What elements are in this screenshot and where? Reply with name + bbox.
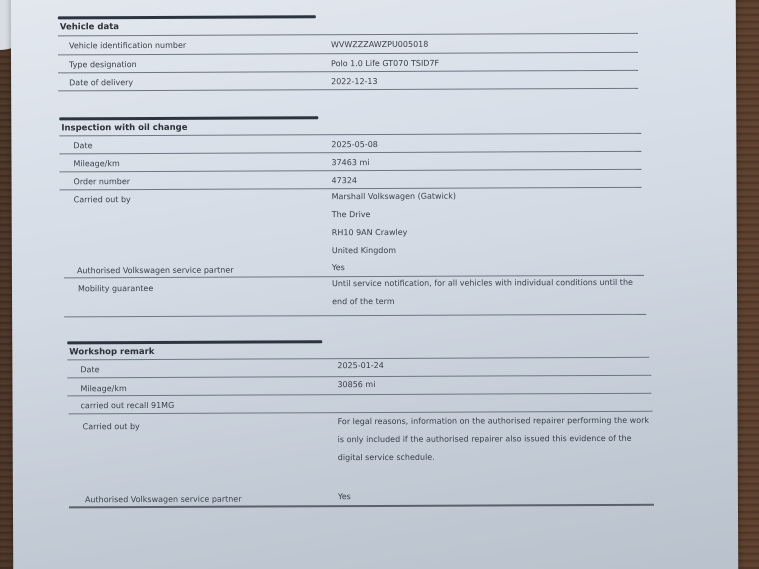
dealer-name: Marshall Volkswagen (Gatwick) xyxy=(332,192,456,202)
section-bar xyxy=(67,340,322,344)
order-number-value: 47324 xyxy=(332,176,357,185)
remark-mileage-value: 30856 mi xyxy=(337,380,375,389)
inspection-date-value: 2025-05-08 xyxy=(331,140,378,149)
remark-date-label: Date xyxy=(80,365,99,374)
vin-label: Vehicle identification number xyxy=(69,41,186,51)
divider xyxy=(60,187,642,191)
inspection-mileage-label: Mileage/km xyxy=(73,159,119,168)
section-title: Inspection with oil change xyxy=(61,123,187,134)
delivery-date-value: 2022-12-13 xyxy=(331,77,378,86)
divider xyxy=(67,357,649,361)
remark-carried-out-by-value: For legal reasons, information on the au… xyxy=(338,412,653,467)
mobility-guarantee-value: Until service notification, for all vehi… xyxy=(332,274,647,311)
divider xyxy=(58,88,638,92)
divider xyxy=(59,151,641,155)
divider xyxy=(60,169,642,173)
authorised-partner-value: Yes xyxy=(332,263,345,272)
type-designation-label: Type designation xyxy=(69,60,137,69)
remark-authorised-partner-value: Yes xyxy=(338,492,351,501)
dealer-street: The Drive xyxy=(332,210,371,219)
carried-out-by-label: Carried out by xyxy=(74,195,131,204)
recall-remark: carried out recall 91MG xyxy=(81,401,175,410)
inspection-mileage-value: 37463 mi xyxy=(331,158,369,167)
section-bar xyxy=(59,116,318,120)
remark-date-value: 2025-01-24 xyxy=(337,361,384,370)
inspection-date-label: Date xyxy=(73,141,92,150)
divider xyxy=(58,70,638,74)
vin-value: WVWZZZAWZPU005018 xyxy=(331,40,428,49)
divider xyxy=(58,33,638,37)
divider xyxy=(59,133,641,137)
section-bar xyxy=(58,15,316,19)
order-number-label: Order number xyxy=(74,177,131,186)
remark-authorised-partner-label: Authorised Volkswagen service partner xyxy=(85,495,242,505)
dealer-country: United Kingdom xyxy=(332,246,396,255)
divider xyxy=(69,504,654,509)
remark-carried-out-by-label: Carried out by xyxy=(83,422,140,431)
remark-mileage-label: Mileage/km xyxy=(80,384,126,393)
dealer-postcode-city: RH10 9AN Crawley xyxy=(332,228,408,237)
service-schedule-page: Vehicle data Vehicle identification numb… xyxy=(11,0,739,569)
divider xyxy=(64,314,646,318)
mobility-guarantee-label: Mobility guarantee xyxy=(78,284,153,293)
type-designation-value: Polo 1.0 Life GT070 TSID7F xyxy=(331,59,439,68)
delivery-date-label: Date of delivery xyxy=(69,78,133,87)
divider xyxy=(67,375,651,379)
divider xyxy=(58,52,638,56)
divider xyxy=(67,393,651,397)
section-title: Workshop remark xyxy=(69,347,154,357)
section-title: Vehicle data xyxy=(60,22,119,32)
authorised-partner-label: Authorised Volkswagen service partner xyxy=(77,266,234,276)
